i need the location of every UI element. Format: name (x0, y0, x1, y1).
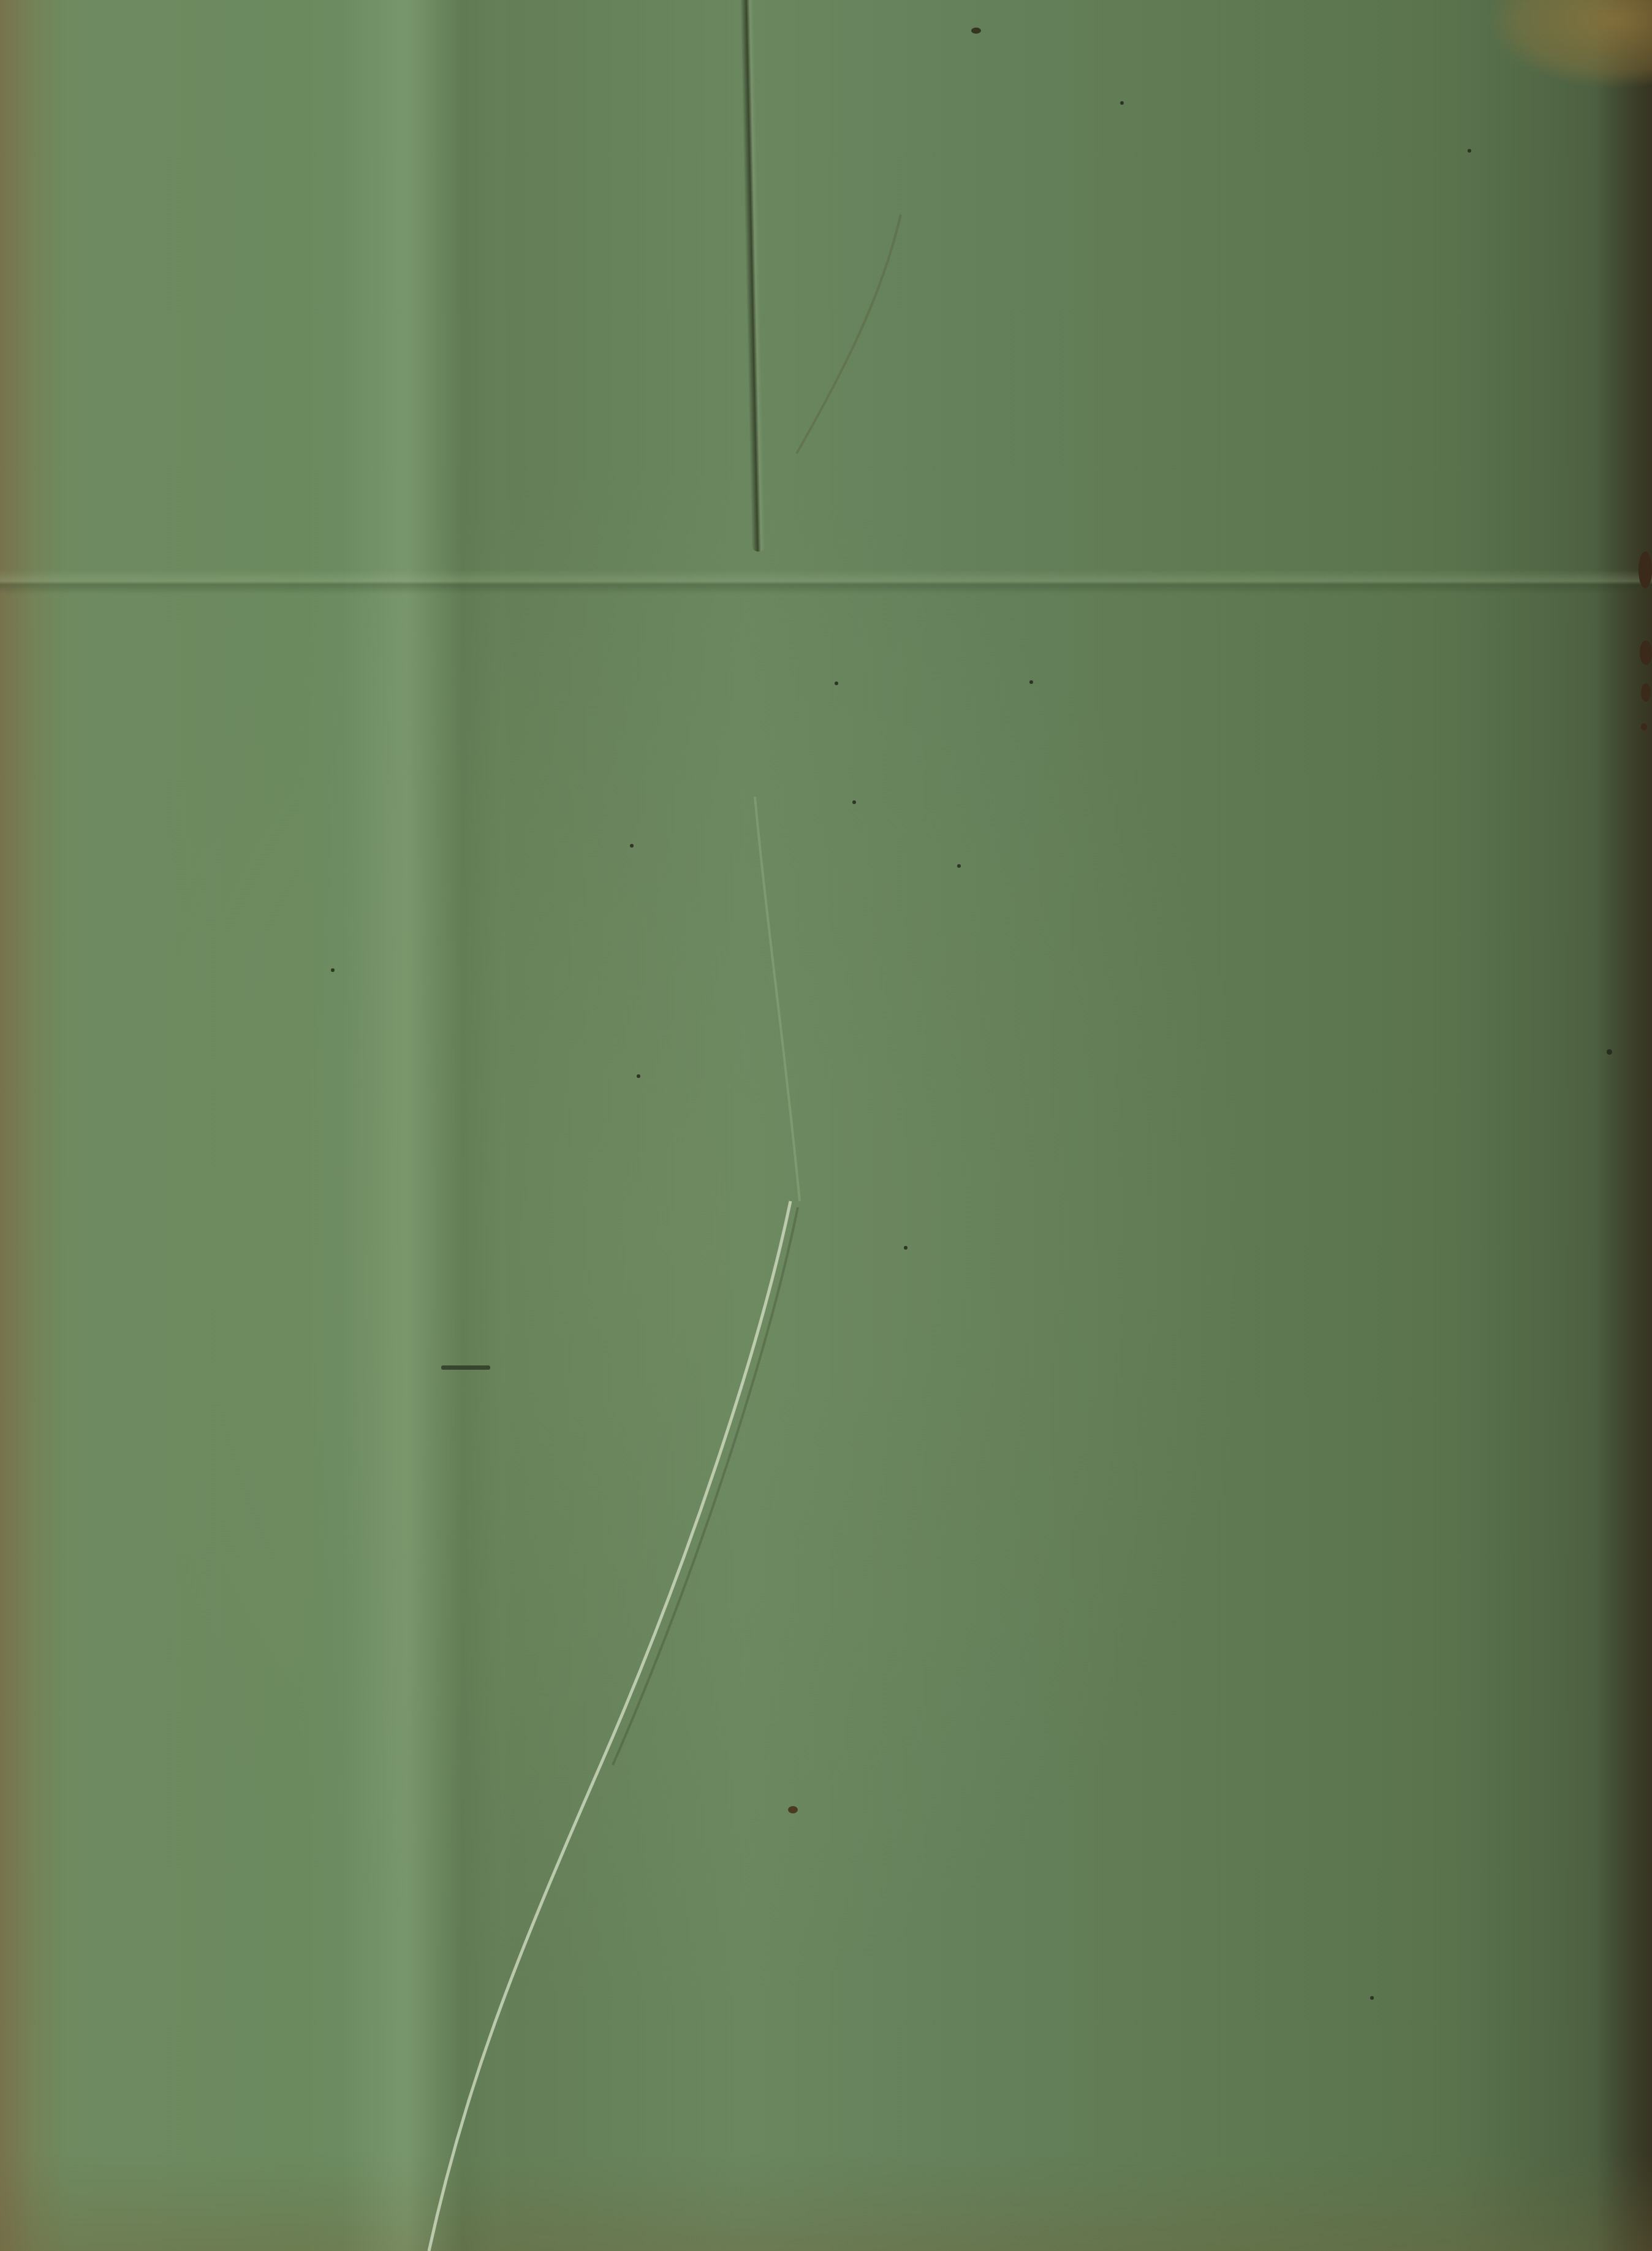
paper-speck (637, 1074, 640, 1078)
ink-mark (971, 28, 981, 34)
diagonal-crease (0, 0, 1652, 2251)
rust-spot (1641, 683, 1651, 702)
paper-speck (630, 844, 634, 848)
rust-spot (788, 1806, 798, 1813)
ink-mark (441, 1365, 490, 1370)
paper-speck (331, 968, 335, 972)
paper-speck (1607, 1049, 1612, 1055)
rust-spot (1639, 552, 1652, 588)
paper-speck (1468, 149, 1471, 153)
paper-speck (835, 681, 838, 685)
paper-speck (1120, 101, 1124, 105)
paper-speck (1029, 680, 1033, 684)
rust-spot (1641, 723, 1647, 731)
paper-sheet (0, 0, 1652, 2251)
paper-speck (957, 864, 961, 868)
water-stain (1468, 0, 1652, 98)
paper-speck (1370, 1996, 1374, 2000)
paper-speck (852, 800, 856, 804)
paper-speck (904, 1246, 907, 1250)
rust-spot (1640, 640, 1652, 665)
